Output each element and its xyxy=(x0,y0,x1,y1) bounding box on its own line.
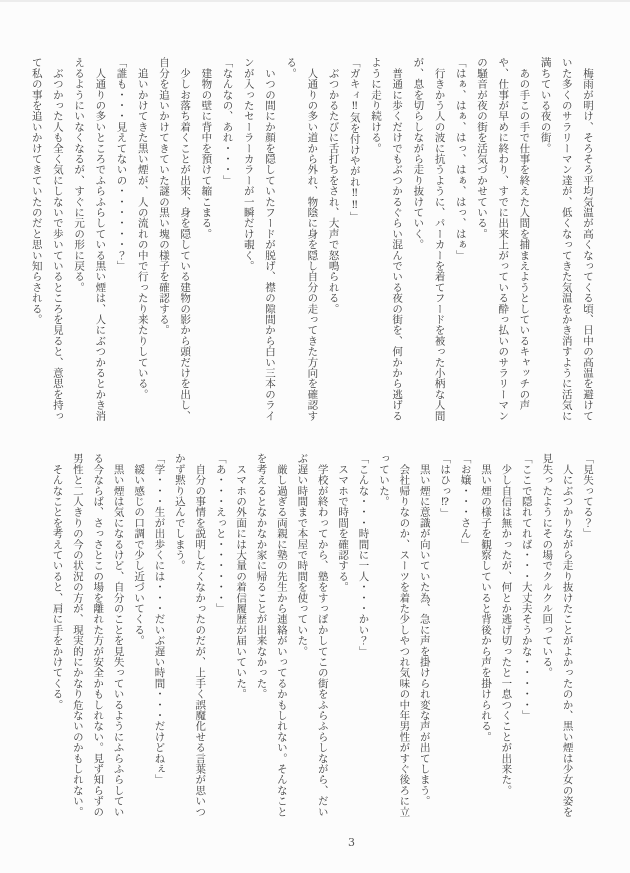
paragraph: いつの間にか顔を隠していたフードが脱げ、襟の隙間から白い三本のラインが入ったセー… xyxy=(238,57,280,427)
paragraph: 少しお落ち着くことが出来、身を隠している建物の影から頭だけを出し、自分を追いかけ… xyxy=(153,57,195,427)
dialogue-line: 「あ・・・えっと・・・・・・」 xyxy=(210,453,230,823)
text-block-bottom: 「見失ってる？」 人にぶつかりながら走り抜けたことがよかったのか、黒い煙は少女の… xyxy=(47,453,598,823)
paragraph: 黒い煙は気になるけど、自分のことを見失っているようにふらふらしている今ならば、さ… xyxy=(67,453,128,823)
paragraph: そんなことを考えていると、肩に手をかけてくる。 xyxy=(47,453,67,823)
paragraph: 会社帰りなのか、スーツを着た少しやつれ気味の中年男性がすぐ後ろに立っていた。 xyxy=(374,453,415,823)
paragraph: 人通りの多いところでふらふらしている黒い煙は、人にぶつかるとかき消えるようにいな… xyxy=(68,57,110,427)
paragraph: ぶつかるたびに舌打ちをされ、大声で怒鳴られる。 xyxy=(322,57,343,427)
paragraph: 普通に歩くだけでもぶつかるぐらい混んでいる夜の街を、何かから逃げるように走り続け… xyxy=(365,57,407,427)
dialogue-line: 「はぁ、はぁ、はっ、はぁ、はっ、はぁ」 xyxy=(450,57,471,427)
dialogue-line: 「学・・・生が出歩くには・・・だいぶ遅い時間・・・だけどねぇ」 xyxy=(149,453,169,823)
paragraph: 建物の壁に背中を預けて縮こまる。 xyxy=(195,57,216,427)
novel-page: 梅雨が明け、そろそろ平均気温が高くなってくる頃、日中の高温を避けていた多くのサラ… xyxy=(0,0,630,873)
paragraph: 学校が終わってから、塾をすっぽかしてこの街をふらふらしながら、だいぶ遅い時間まで… xyxy=(292,453,333,823)
dialogue-line: 「なんなの、あれ・・・」 xyxy=(216,57,237,427)
page-number: 3 xyxy=(348,836,355,849)
paragraph: 黒い煙の様子を観察していると背後から声を掛けられる。 xyxy=(476,453,496,823)
dialogue-line: 「こんな・・・時間に一人・・・かい？」 xyxy=(353,453,373,823)
paragraph: 行きかう人の波に抗うように、パーカーを着てフードを被った小柄な人間が、息を切らし… xyxy=(407,57,449,427)
dialogue-line: 「はひっ⁉」 xyxy=(435,453,455,823)
dialogue-line: 「ここで隠れてれば・・・大丈夫そうかな・・・・・」 xyxy=(516,453,536,823)
paragraph: ぶつかった人も全く気にしないで歩いているところを見ると、意思を持って私の事を追い… xyxy=(26,57,68,427)
paragraph: 追いかけてきた黒い煙が、人の流れの中で行ったり来たりしている。 xyxy=(132,57,153,427)
paragraph: 人にぶつかりながら走り抜けたことがよかったのか、黒い煙は少女の姿を見失ったように… xyxy=(537,453,578,823)
dialogue-line: 「見失ってる？」 xyxy=(578,453,598,823)
paragraph: 梅雨が明け、そろそろ平均気温が高くなってくる頃、日中の高温を避けていた多くのサラ… xyxy=(534,57,598,427)
paragraph: 厳し過ぎる両親に塾の先生から連絡がいってるかもしれない。そんなことを考えるとなか… xyxy=(251,453,292,823)
dialogue-line: 「誰も・・・見えてないの・・・・・・？」 xyxy=(110,57,131,427)
dialogue-line: 「ガキィ‼気を付けやがれ‼‼」 xyxy=(344,57,365,427)
text-block-top: 梅雨が明け、そろそろ平均気温が高くなってくる頃、日中の高温を避けていた多くのサラ… xyxy=(26,57,598,427)
paragraph: 黒い煙に意識が向いていた為、急に声を掛けられ変な声が出てしまう。 xyxy=(414,453,434,823)
paragraph: 自分の事情を説明したくなかったのだが、上手く誤魔化せる言葉が思いつかず黙り込んで… xyxy=(169,453,210,823)
paragraph: 緩い感じの口調で少し近づいてくる。 xyxy=(129,453,149,823)
paragraph: 人通りの多い道から外れ、物陰に身を隠し自分の走ってきた方向を確認する。 xyxy=(280,57,322,427)
paragraph: 少し自信は無かったが、何とか逃げ切ったと一息つくことが出来た。 xyxy=(496,453,516,823)
paragraph: スマホの外面には大量の着信履歴が届いていた。 xyxy=(231,453,251,823)
paragraph: スマホで時間を確認する。 xyxy=(333,453,353,823)
paragraph: あの手この手で仕事を終えた人間を捕まえようとしているキャッチの声や、仕事が早めに… xyxy=(471,57,535,427)
dialogue-line: 「お嬢・・・さん」 xyxy=(455,453,475,823)
